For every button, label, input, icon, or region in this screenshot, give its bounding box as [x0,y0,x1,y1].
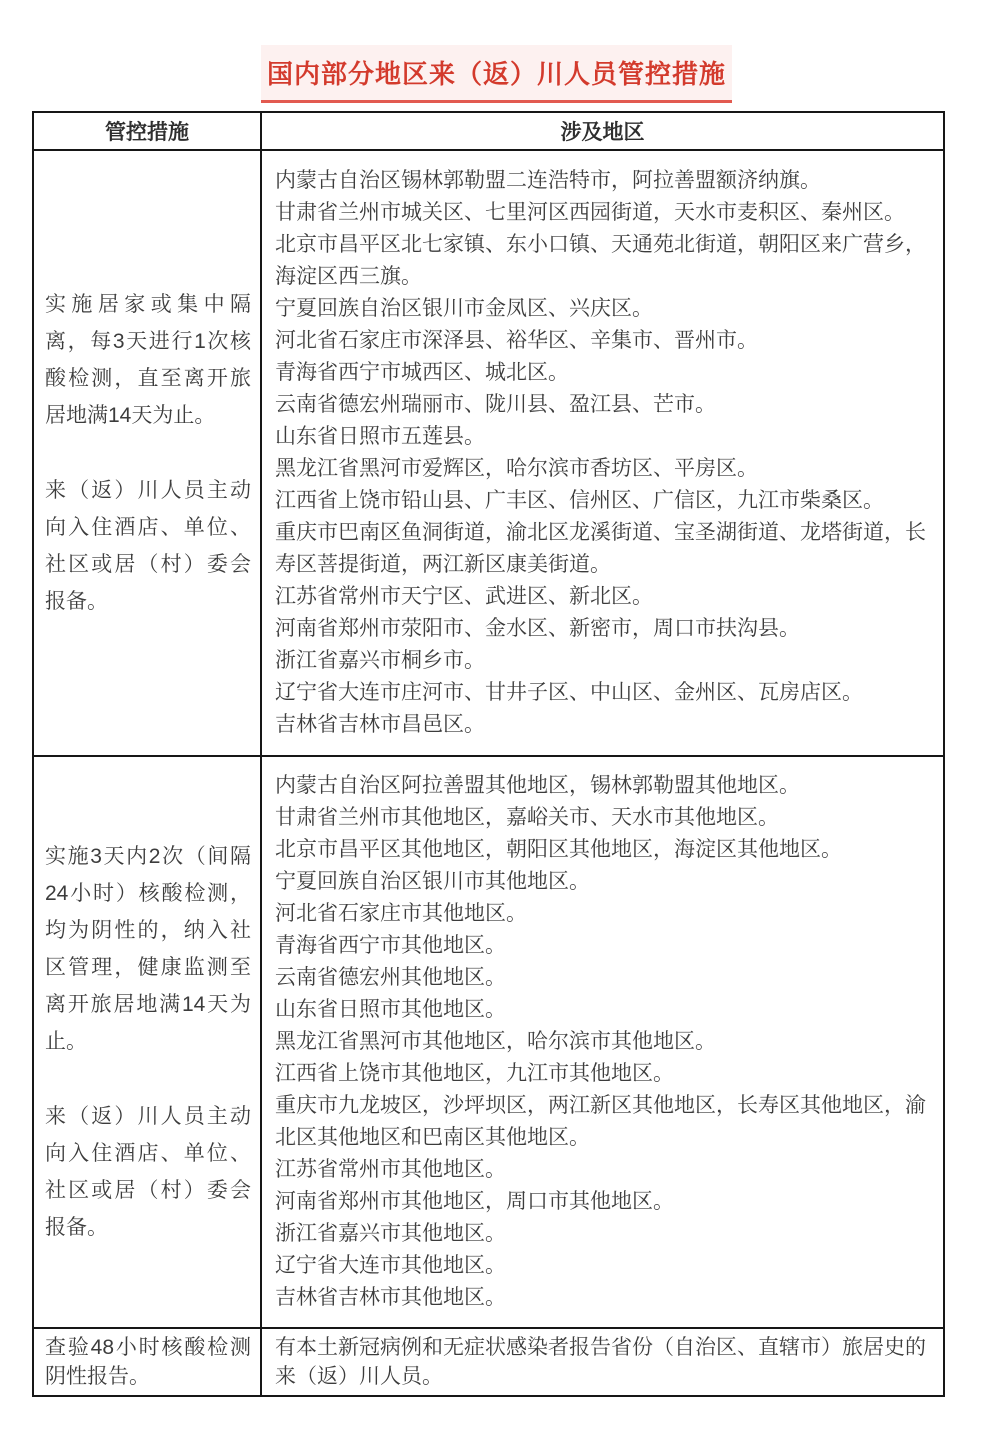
control-measures-table: 管控措施 涉及地区 实施居家或集中隔离，每3天进行1次核酸检测，直至离开旅居地满… [32,111,945,1397]
table-header-row: 管控措施 涉及地区 [33,112,944,150]
region-line: 河南省郑州市其他地区，周口市其他地区。 [275,1186,929,1218]
regions-cell: 内蒙古自治区阿拉善盟其他地区，锡林郭勒盟其他地区。甘肃省兰州市其他地区，嘉峪关市… [261,756,944,1328]
region-line: 黑龙江省黑河市其他地区，哈尔滨市其他地区。 [275,1026,929,1058]
region-line: 吉林省吉林市其他地区。 [275,1282,929,1314]
page-title: 国内部分地区来（返）川人员管控措施 [261,45,732,103]
region-line: 北京市昌平区北七家镇、东小口镇、天通苑北街道，朝阳区来广营乡，海淀区西三旗。 [275,229,929,293]
region-line: 青海省西宁市其他地区。 [275,930,929,962]
regions-cell: 内蒙古自治区锡林郭勒盟二连浩特市，阿拉善盟额济纳旗。甘肃省兰州市城关区、七里河区… [261,150,944,756]
region-line: 河南省郑州市荥阳市、金水区、新密市，周口市扶沟县。 [275,613,929,645]
regions-cell: 有本土新冠病例和无症状感染者报告省份（自治区、直辖市）旅居史的来（返）川人员。 [261,1328,944,1396]
region-line: 内蒙古自治区阿拉善盟其他地区，锡林郭勒盟其他地区。 [275,770,929,802]
region-line: 辽宁省大连市其他地区。 [275,1250,929,1282]
region-line: 江苏省常州市其他地区。 [275,1154,929,1186]
measure-paragraph: 实施3天内2次（间隔24小时）核酸检测，均为阴性的，纳入社区管理，健康监测至离开… [45,838,251,1060]
region-line: 北京市昌平区其他地区，朝阳区其他地区，海淀区其他地区。 [275,834,929,866]
measure-cell: 实施居家或集中隔离，每3天进行1次核酸检测，直至离开旅居地满14天为止。来（返）… [33,150,261,756]
measure-paragraph: 来（返）川人员主动向入住酒店、单位、社区或居（村）委会报备。 [45,1098,251,1246]
region-line: 甘肃省兰州市城关区、七里河区西园街道，天水市麦积区、秦州区。 [275,197,929,229]
region-line: 云南省德宏州其他地区。 [275,962,929,994]
table-row-quarantine: 实施居家或集中隔离，每3天进行1次核酸检测，直至离开旅居地满14天为止。来（返）… [33,150,944,756]
region-line: 山东省日照市其他地区。 [275,994,929,1026]
region-line: 河北省石家庄市深泽县、裕华区、辛集市、晋州市。 [275,325,929,357]
measure-cell: 实施3天内2次（间隔24小时）核酸检测，均为阴性的，纳入社区管理，健康监测至离开… [33,756,261,1328]
table-row-report-check: 查验48小时核酸检测阴性报告。 有本土新冠病例和无症状感染者报告省份（自治区、直… [33,1328,944,1396]
region-line: 甘肃省兰州市其他地区，嘉峪关市、天水市其他地区。 [275,802,929,834]
column-header-measure: 管控措施 [33,112,261,150]
region-line: 山东省日照市五莲县。 [275,421,929,453]
region-line: 河北省石家庄市其他地区。 [275,898,929,930]
measure-paragraph: 实施居家或集中隔离，每3天进行1次核酸检测，直至离开旅居地满14天为止。 [45,286,251,434]
title-block: 国内部分地区来（返）川人员管控措施 [0,0,993,103]
column-header-regions: 涉及地区 [261,112,944,150]
measure-cell: 查验48小时核酸检测阴性报告。 [33,1328,261,1396]
region-line: 有本土新冠病例和无症状感染者报告省份（自治区、直辖市）旅居史的来（返）川人员。 [275,1333,929,1391]
measure-paragraph: 来（返）川人员主动向入住酒店、单位、社区或居（村）委会报备。 [45,472,251,620]
region-line: 江苏省常州市天宁区、武进区、新北区。 [275,581,929,613]
region-line: 浙江省嘉兴市其他地区。 [275,1218,929,1250]
region-line: 江西省上饶市其他地区，九江市其他地区。 [275,1058,929,1090]
region-line: 吉林省吉林市昌邑区。 [275,709,929,741]
region-line: 重庆市巴南区鱼洞街道，渝北区龙溪街道、宝圣湖街道、龙塔街道，长寿区菩提街道，两江… [275,517,929,581]
document-page: 国内部分地区来（返）川人员管控措施 管控措施 涉及地区 实施居家或集中隔离，每3… [0,0,993,1448]
region-line: 宁夏回族自治区银川市其他地区。 [275,866,929,898]
region-line: 黑龙江省黑河市爱辉区，哈尔滨市香坊区、平房区。 [275,453,929,485]
measure-paragraph: 查验48小时核酸检测阴性报告。 [45,1333,251,1391]
region-line: 内蒙古自治区锡林郭勒盟二连浩特市，阿拉善盟额济纳旗。 [275,165,929,197]
region-line: 宁夏回族自治区银川市金凤区、兴庆区。 [275,293,929,325]
region-line: 辽宁省大连市庄河市、甘井子区、中山区、金州区、瓦房店区。 [275,677,929,709]
region-line: 云南省德宏州瑞丽市、陇川县、盈江县、芒市。 [275,389,929,421]
region-line: 浙江省嘉兴市桐乡市。 [275,645,929,677]
region-line: 江西省上饶市铅山县、广丰区、信州区、广信区，九江市柴桑区。 [275,485,929,517]
region-line: 重庆市九龙坡区，沙坪坝区，两江新区其他地区，长寿区其他地区，渝北区其他地区和巴南… [275,1090,929,1154]
table-row-testing: 实施3天内2次（间隔24小时）核酸检测，均为阴性的，纳入社区管理，健康监测至离开… [33,756,944,1328]
region-line: 青海省西宁市城西区、城北区。 [275,357,929,389]
